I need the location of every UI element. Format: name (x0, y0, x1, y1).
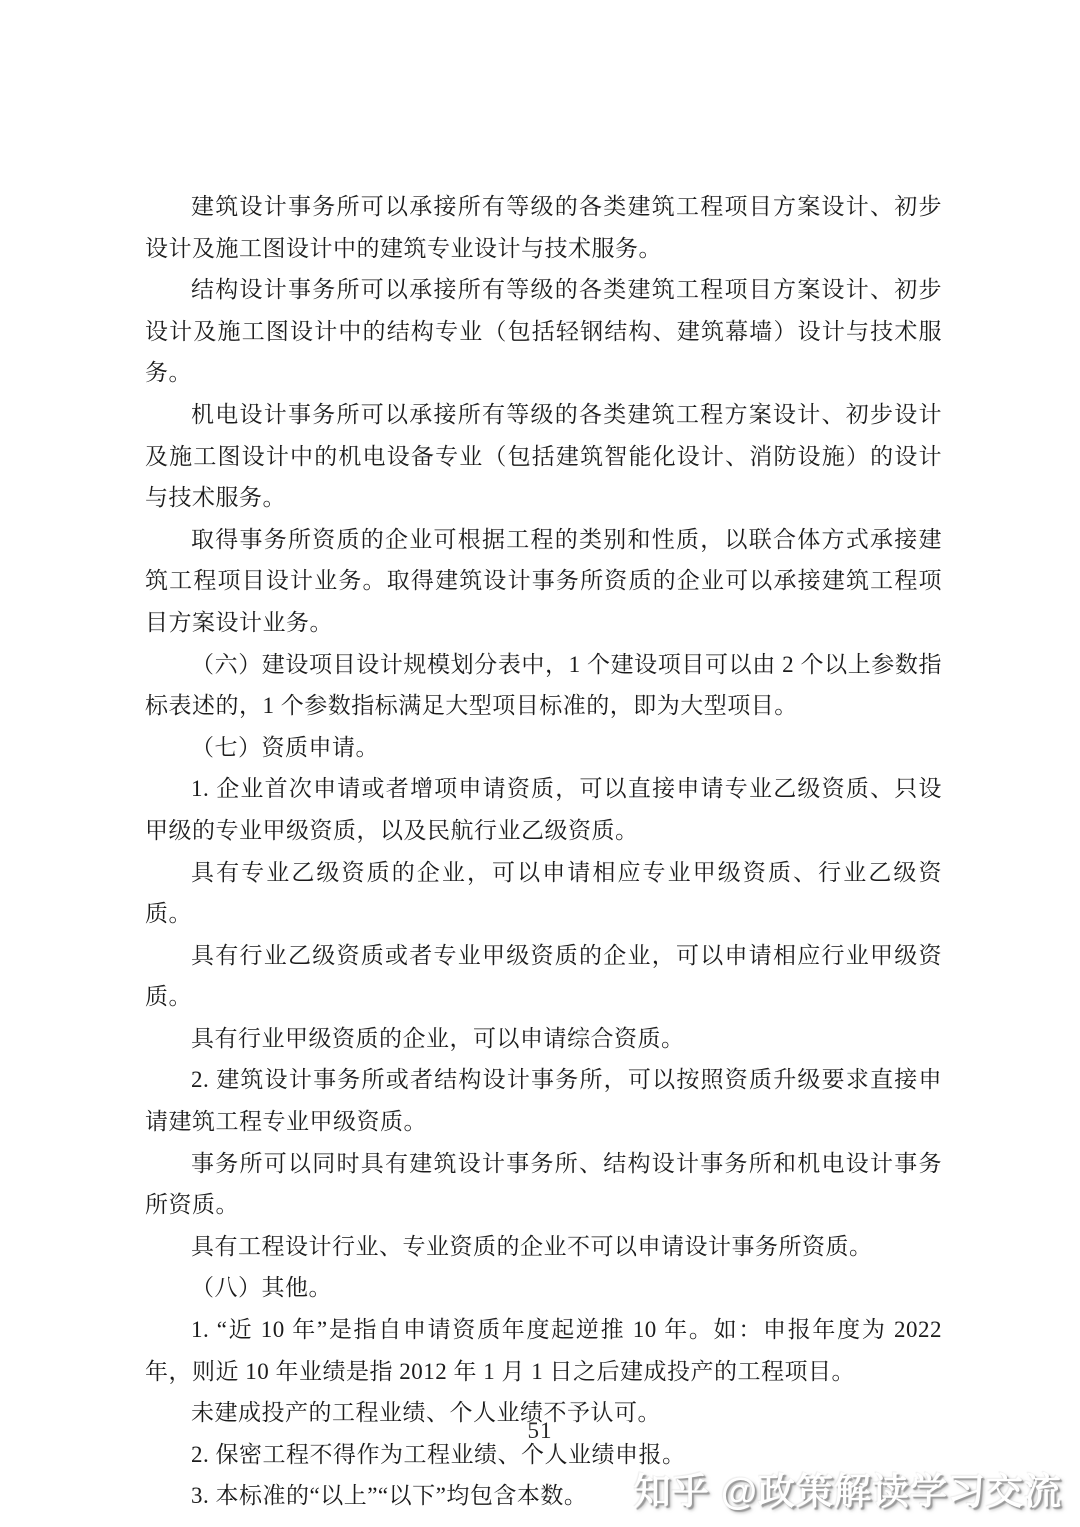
zhihu-watermark: 知乎 @政策解读学习交流 (634, 1461, 1062, 1515)
paragraph: 结构设计事务所可以承接所有等级的各类建筑工程项目方案设计、初步设计及施工图设计中… (145, 269, 942, 394)
document-page: 建筑设计事务所可以承接所有等级的各类建筑工程项目方案设计、初步设计及施工图设计中… (0, 0, 1080, 1527)
paragraph: （六）建设项目设计规模划分表中，1 个建设项目可以由 2 个以上参数指标表述的，… (145, 644, 942, 727)
paragraph: （七）资质申请。 (145, 727, 942, 769)
paragraph: 建筑设计事务所可以承接所有等级的各类建筑工程项目方案设计、初步设计及施工图设计中… (145, 186, 942, 269)
paragraph: 1. “近 10 年”是指自申请资质年度起逆推 10 年。如：申报年度为 202… (145, 1309, 942, 1392)
paragraph: 机电设计事务所可以承接所有等级的各类建筑工程方案设计、初步设计及施工图设计中的机… (145, 394, 942, 519)
paragraph: 具有行业乙级资质或者专业甲级资质的企业，可以申请相应行业甲级资质。 (145, 935, 942, 1018)
paragraph: 2. 建筑设计事务所或者结构设计事务所，可以按照资质升级要求直接申请建筑工程专业… (145, 1059, 942, 1142)
document-body: 建筑设计事务所可以承接所有等级的各类建筑工程项目方案设计、初步设计及施工图设计中… (145, 186, 942, 1517)
paragraph: 取得事务所资质的企业可根据工程的类别和性质，以联合体方式承接建筑工程项目设计业务… (145, 519, 942, 644)
paragraph: 1. 企业首次申请或者增项申请资质，可以直接申请专业乙级资质、只设甲级的专业甲级… (145, 768, 942, 851)
paragraph: （八）其他。 (145, 1267, 942, 1309)
paragraph: 具有专业乙级资质的企业，可以申请相应专业甲级资质、行业乙级资质。 (145, 852, 942, 935)
paragraph: 具有工程设计行业、专业资质的企业不可以申请设计事务所资质。 (145, 1226, 942, 1268)
page-number: 51 (0, 1418, 1080, 1444)
paragraph: 事务所可以同时具有建筑设计事务所、结构设计事务所和机电设计事务所资质。 (145, 1143, 942, 1226)
paragraph: 具有行业甲级资质的企业，可以申请综合资质。 (145, 1018, 942, 1060)
